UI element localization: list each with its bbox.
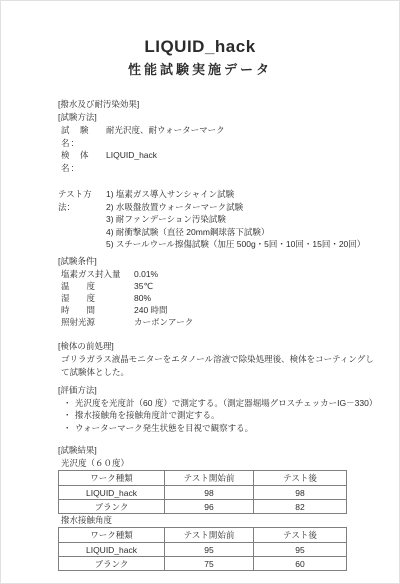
bullet-icon: ・ <box>63 422 75 435</box>
table-cell: ブランク <box>59 500 165 514</box>
condition-value: 240 時間 <box>134 304 168 316</box>
bullet-text: ウォーターマーク発生状態を目視で観察する。 <box>75 422 253 435</box>
section-heading-method: [試験方法] <box>58 111 399 124</box>
column-header: テスト後 <box>254 471 347 486</box>
condition-label: 時 間 <box>61 304 134 316</box>
test-methods-label: テスト方法： <box>58 188 106 251</box>
column-header: テスト開始前 <box>165 528 254 543</box>
bullet-icon: ・ <box>63 409 75 422</box>
condition-row-temperature: 温 度 35℃ <box>61 280 399 292</box>
condition-label: 湿 度 <box>61 292 134 304</box>
section-heading-conditions: [試験条件] <box>58 255 399 268</box>
table-cell: LIQUID_hack <box>59 486 165 500</box>
table-cell: ブランク <box>59 557 165 571</box>
condition-value: 0.01% <box>134 268 158 280</box>
section-heading-pretreatment: [検体の前処理] <box>58 340 399 353</box>
condition-value: 35℃ <box>134 280 153 292</box>
condition-value: 80% <box>134 292 151 304</box>
field-test-name-value: 耐光沢度、耐ウォーターマーク <box>106 124 225 149</box>
page-title: LIQUID_hack <box>1 37 399 57</box>
test-methods-block: テスト方法： 1) 塩素ガス導入サンシャイン試験 2) 水吸盤放置ウォーターマー… <box>58 188 399 251</box>
contact-angle-table-title: 撥水接触角度 <box>61 514 399 526</box>
column-header: テスト開始前 <box>165 471 254 486</box>
pretreatment-body: ゴリラガラス液晶モニターをエタノール溶液で除染処理後、検体をコーティングして試験… <box>61 353 381 379</box>
table-row: ブランク 75 60 <box>59 557 347 571</box>
gloss-result-table: ワーク種類 テスト開始前 テスト後 LIQUID_hack 98 98 ブランク… <box>58 470 347 514</box>
section-heading-effect: [撥水及び耐汚染効果] <box>58 98 399 111</box>
test-method-item: 1) 塩素ガス導入サンシャイン試験 <box>106 188 365 201</box>
column-header: ワーク種類 <box>59 471 165 486</box>
section-heading-evaluation: [評価方法] <box>58 384 399 397</box>
test-method-item: 4) 耐衝撃試験（直径 20mm鋼球落下試験） <box>106 226 365 239</box>
condition-row-humidity: 湿 度 80% <box>61 292 399 304</box>
condition-row-time: 時 間 240 時間 <box>61 304 399 316</box>
table-header-row: ワーク種類 テスト開始前 テスト後 <box>59 471 347 486</box>
test-methods-list: 1) 塩素ガス導入サンシャイン試験 2) 水吸盤放置ウォーターマーク試験 3) … <box>106 188 365 251</box>
table-cell: 98 <box>254 486 347 500</box>
condition-label: 照射光源 <box>61 316 134 328</box>
table-cell: 60 <box>254 557 347 571</box>
bullet-text: 光沢度を光度計（60 度）で測定する。（測定器堀場グロスチェッカーIG－330） <box>75 397 377 410</box>
bullet-text: 撥水接触角を接触角度計で測定する。 <box>75 409 220 422</box>
field-test-name-label: 試 験 名： <box>61 124 106 149</box>
condition-value: カーボンアーク <box>134 316 193 328</box>
table-cell: 75 <box>165 557 254 571</box>
table-cell: 96 <box>165 500 254 514</box>
field-specimen-name: 検 体 名： LIQUID_hack <box>61 149 399 174</box>
evaluation-bullet-watermark: ・ ウォーターマーク発生状態を目視で観察する。 <box>63 422 399 435</box>
test-method-item: 2) 水吸盤放置ウォーターマーク試験 <box>106 201 365 214</box>
condition-row-chlorine: 塩素ガス封入量 0.01% <box>61 268 399 280</box>
condition-label: 塩素ガス封入量 <box>61 268 134 280</box>
test-method-item: 3) 耐ファンデーション汚染試験 <box>106 213 365 226</box>
section-heading-results: [試験結果] <box>58 444 399 457</box>
table-row: LIQUID_hack 98 98 <box>59 486 347 500</box>
field-test-name: 試 験 名： 耐光沢度、耐ウォーターマーク <box>61 124 399 149</box>
table-row: ブランク 96 82 <box>59 500 347 514</box>
test-method-item: 5) スチールウール擦傷試験（加圧 500g・5回・10回・15回・20回） <box>106 238 365 251</box>
table-row: LIQUID_hack 95 95 <box>59 543 347 557</box>
column-header: テスト後 <box>254 528 347 543</box>
evaluation-bullet-contact-angle: ・ 撥水接触角を接触角度計で測定する。 <box>63 409 399 422</box>
table-cell: 95 <box>254 543 347 557</box>
table-cell: LIQUID_hack <box>59 543 165 557</box>
table-cell: 95 <box>165 543 254 557</box>
table-cell: 98 <box>165 486 254 500</box>
gloss-table-title: 光沢度（６０度） <box>61 457 399 469</box>
condition-row-light-source: 照射光源 カーボンアーク <box>61 316 399 328</box>
field-specimen-name-label: 検 体 名： <box>61 149 106 174</box>
document-page: LIQUID_hack 性能試験実施データ [撥水及び耐汚染効果] [試験方法]… <box>0 0 400 584</box>
contact-angle-result-table: ワーク種類 テスト開始前 テスト後 LIQUID_hack 95 95 ブランク… <box>58 527 347 571</box>
field-specimen-name-value: LIQUID_hack <box>106 149 157 174</box>
table-cell: 82 <box>254 500 347 514</box>
evaluation-bullet-gloss: ・ 光沢度を光度計（60 度）で測定する。（測定器堀場グロスチェッカーIG－33… <box>63 397 399 410</box>
page-subtitle: 性能試験実施データ <box>1 61 399 78</box>
bullet-icon: ・ <box>63 397 75 410</box>
column-header: ワーク種類 <box>59 528 165 543</box>
condition-label: 温 度 <box>61 280 134 292</box>
table-header-row: ワーク種類 テスト開始前 テスト後 <box>59 528 347 543</box>
